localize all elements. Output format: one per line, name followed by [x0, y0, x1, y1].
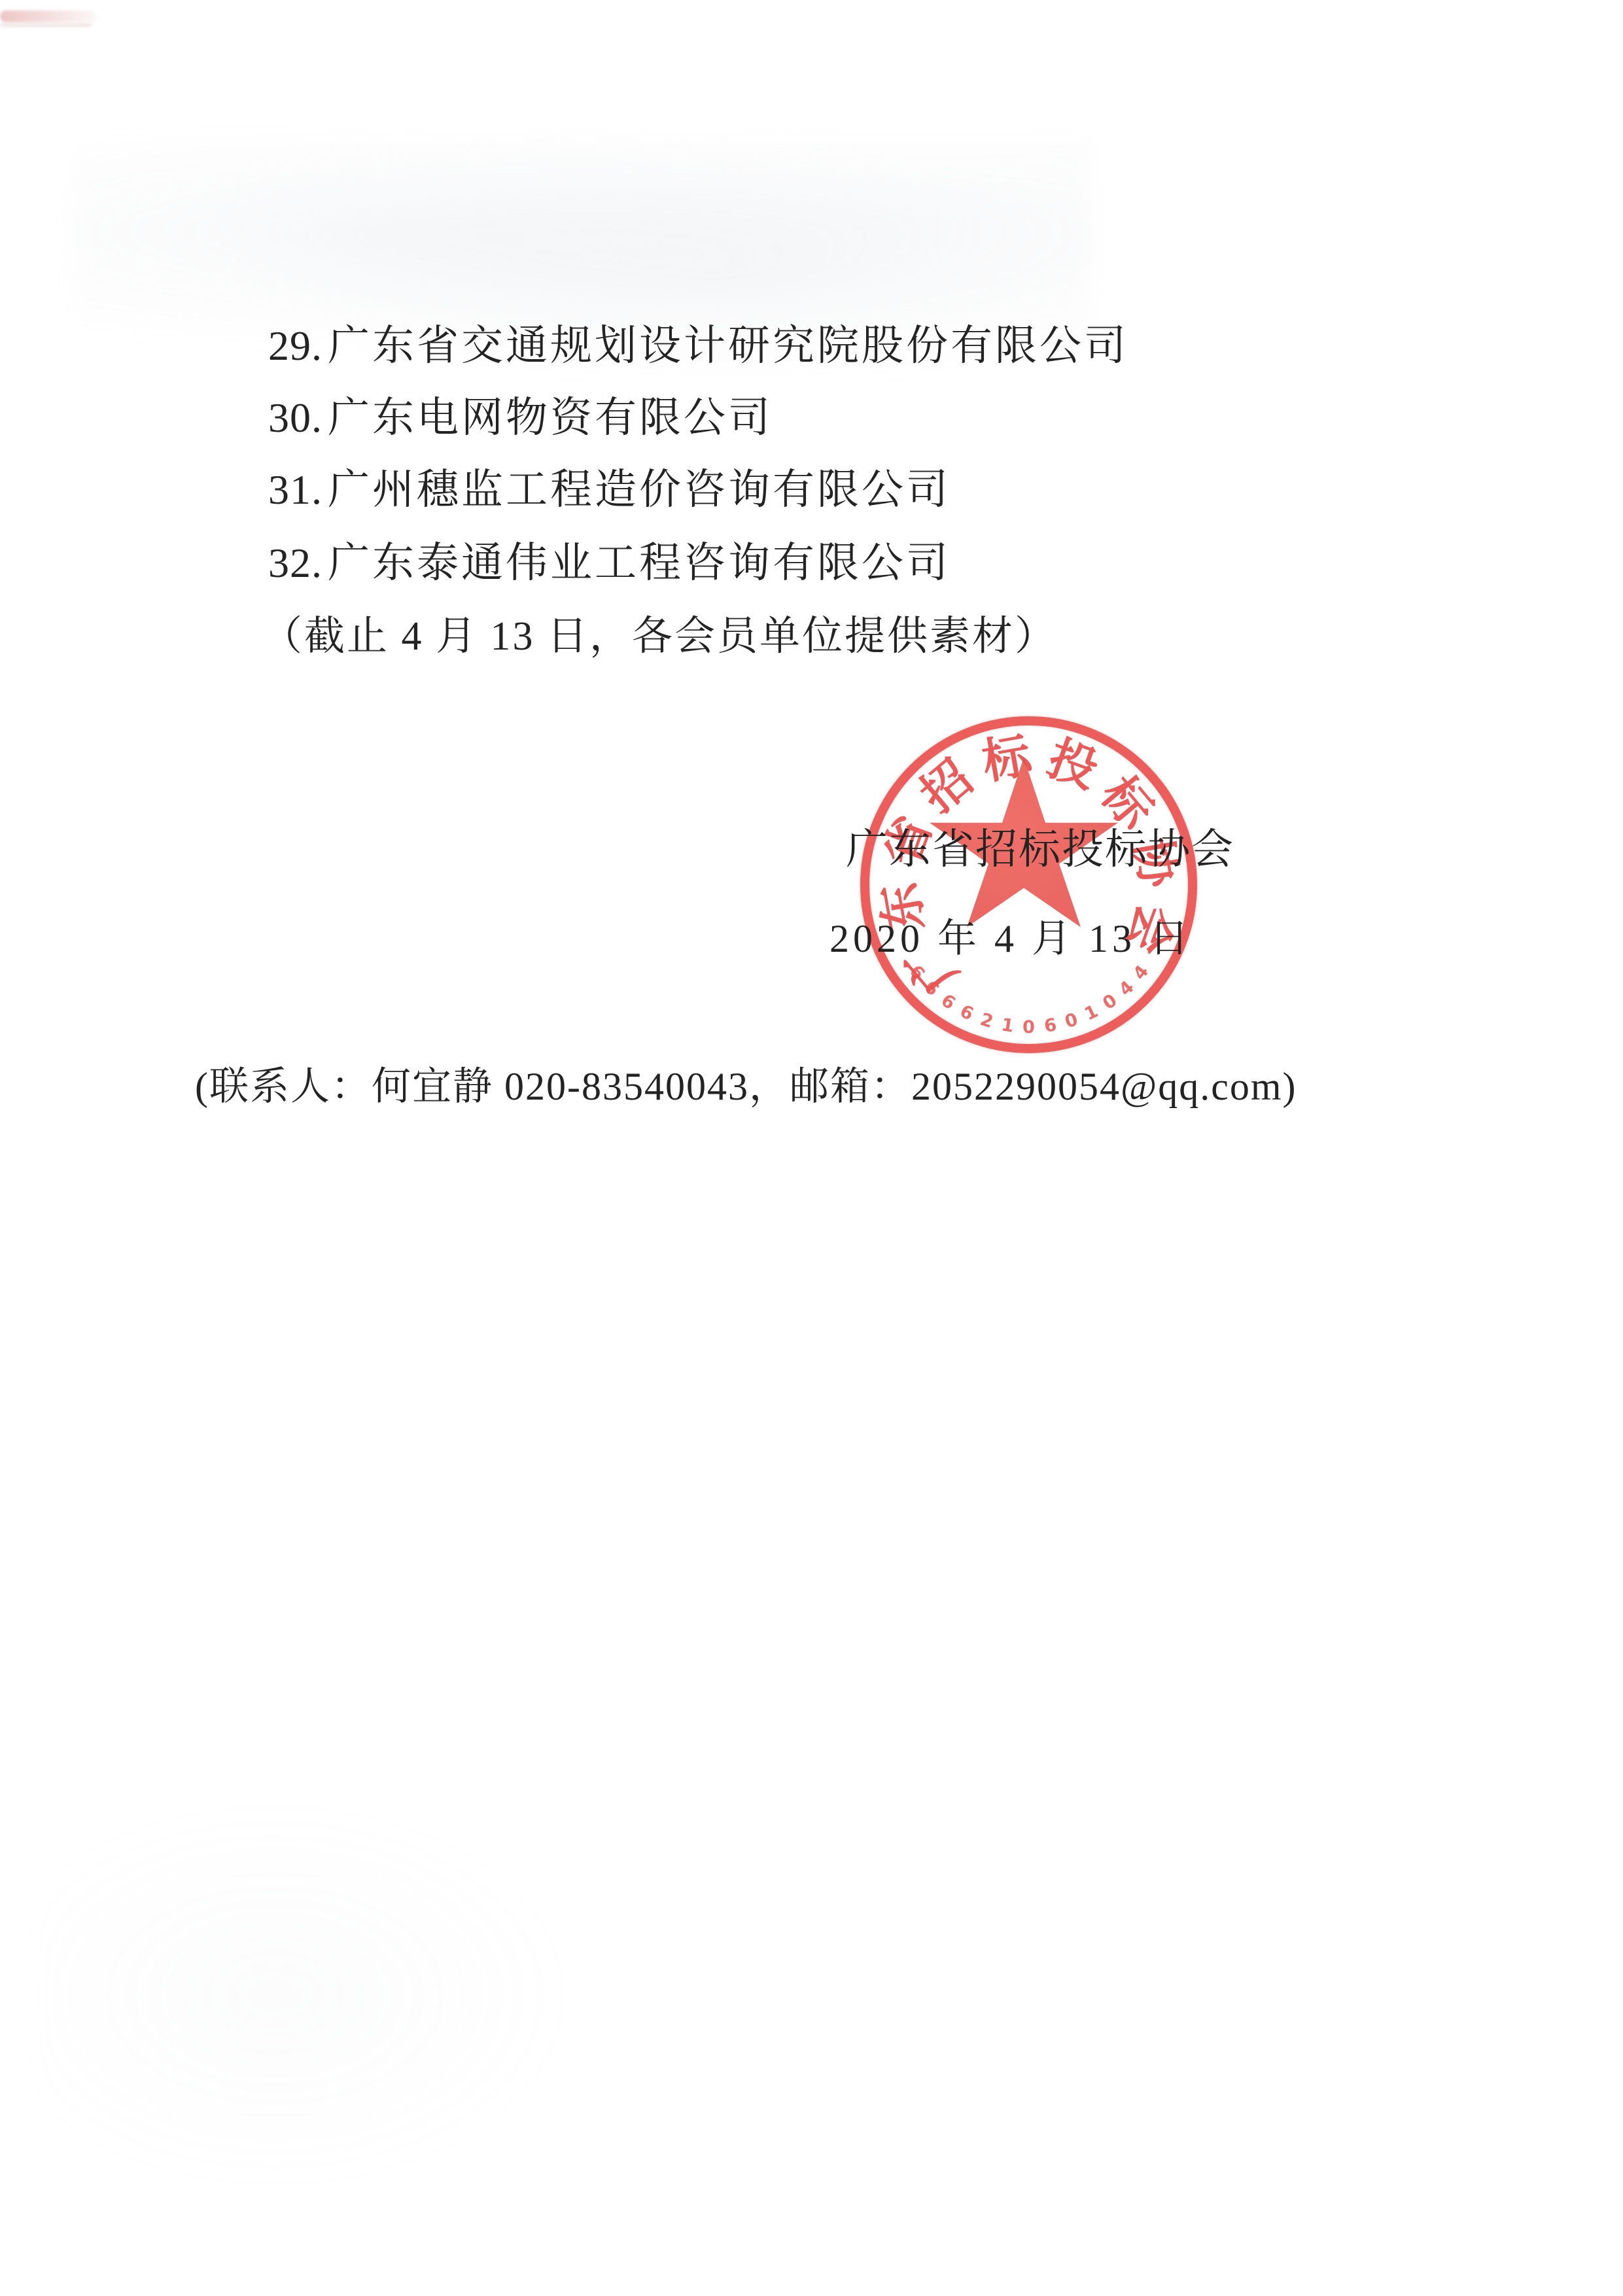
contact-info: (联系人：何宜静 020-83540043，邮箱：2052290054@qq.c…	[195, 1065, 1297, 1108]
list-item-30: 30.广东电网物资有限公司	[268, 395, 773, 441]
corner-ink-smudge-line	[0, 24, 92, 27]
list-item-32: 32.广东泰通伟业工程咨询有限公司	[268, 540, 951, 586]
list-item-29: 29.广东省交通规划设计研究院股份有限公司	[268, 323, 1128, 369]
list-item-number: 32.	[268, 540, 323, 586]
corner-ink-smudge	[0, 10, 97, 22]
signature-org: 广东省招标投标协会	[846, 827, 1234, 873]
scan-bleedthrough-texture-lower	[39, 1766, 628, 2224]
official-red-seal: 广东省招标投标协会 4401060126666	[860, 716, 1197, 1053]
list-item-company: 广东省交通规划设计研究院股份有限公司	[328, 322, 1128, 369]
list-item-company: 广东泰通伟业工程咨询有限公司	[328, 540, 951, 586]
list-item-number: 29.	[268, 323, 323, 369]
scanned-document-page: 广东省招标投标协会 4401060126666 29.广东省交通规划设计研究院股…	[0, 0, 1623, 2296]
list-item-number: 30.	[268, 395, 323, 441]
list-item-company: 广东电网物资有限公司	[328, 394, 773, 441]
signature-date: 2020 年 4 月 13 日	[829, 917, 1193, 960]
list-item-number: 31.	[268, 467, 323, 513]
list-item-31: 31.广州穗监工程造价咨询有限公司	[268, 467, 951, 513]
list-item-company: 广州穗监工程造价咨询有限公司	[328, 466, 951, 513]
deadline-note: （截止 4 月 13 日，各会员单位提供素材）	[262, 614, 1057, 659]
